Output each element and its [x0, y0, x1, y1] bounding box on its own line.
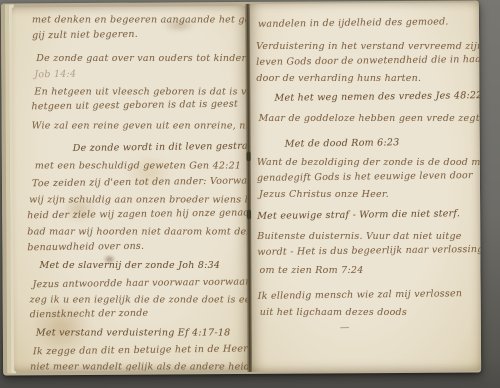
handwritten-line: Ik zegge dan dit en betuige het in de He…	[33, 344, 248, 357]
handwritten-line: wordt - Het is dus begeerlijk naar verlo…	[257, 245, 481, 258]
handwritten-line: gij zult niet begeren.	[32, 30, 138, 41]
handwritten-line: met denken en begeeren aangaande het geb…	[32, 15, 248, 25]
handwritten-line: uit het ligchaam dezes doods	[260, 308, 407, 318]
handwritten-heading: De zonde wordt in dit leven gestraft	[73, 142, 248, 154]
handwritten-heading: Met het weg nemen des vredes Jes 48:22	[274, 91, 481, 104]
handwritten-line: Jezus Christus onze Heer.	[259, 190, 389, 200]
handwritten-line: wij zijn schuldig aan onzen broeder wien…	[29, 195, 248, 205]
left-page: met denken en begeeren aangaande het geb…	[12, 6, 248, 371]
handwritten-line: dienstknecht der zonde	[30, 309, 149, 321]
handwritten-heading: Met de slavernij der zonde Joh 8:34	[39, 261, 220, 271]
handwritten-line: hetgeen uit geest geboren is dat is gees…	[31, 100, 238, 113]
handwritten-line: om te zien Rom 7:24	[260, 266, 364, 276]
handwritten-line: genadegift Gods is het eeuwige leven doo…	[257, 171, 473, 184]
handwritten-line: niet meer wandelt gelijk als de andere h…	[30, 362, 248, 371]
handwritten-heading: Met eeuwige straf - Worm die niet sterf.	[257, 209, 460, 222]
handwritten-line: Ik ellendig mensch wie zal mij verlossen	[258, 289, 463, 302]
handwritten-line: met een beschuldigd geweten Gen 42:21	[35, 161, 241, 171]
handwritten-line: Want de bezoldiging der zonde is de dood…	[257, 158, 481, 168]
handwritten-heading: Met verstand verduistering Ef 4:17-18	[36, 328, 231, 338]
right-page: wandelen in de ijdelheid des gemoed. Ver…	[250, 3, 481, 372]
handwritten-line: En hetgeen uit vleesch geboren is dat is…	[34, 87, 248, 97]
photo-backdrop: met denken en begeeren aangaande het geb…	[0, 0, 500, 388]
handwritten-line: bad maar wij hoorden niet daarom komt de…	[27, 227, 248, 237]
handwritten-line: zeg ik u een iegelijk die de zonde doet …	[30, 295, 248, 305]
handwritten-line: benauwdheid over ons.	[27, 242, 144, 254]
handwritten-heading: Met de dood Rom 6:23	[285, 138, 400, 150]
handwritten-line: Toe zeiden zij d'een tot den ander: Voor…	[32, 176, 248, 189]
handwritten-line: De zonde gaat over van ouders tot kinder…	[36, 54, 248, 64]
handwritten-line: Jezus antwoordde haar voorwaar voorwaar	[33, 277, 249, 290]
pen-dash: —	[340, 323, 350, 333]
handwritten-line: Maar de goddeloze hebben geen vrede zegt…	[259, 114, 482, 124]
handwritten-line: Verduistering in het verstand vervreemd …	[256, 42, 481, 52]
handwritten-line: leven Gods door de onwetendheid die in h…	[256, 55, 481, 68]
notebook: met denken en begeeren aangaande het geb…	[1, 1, 481, 376]
handwritten-line: Job 14:4	[34, 70, 76, 81]
handwritten-line: heid der ziele wij zagen toen hij onze g…	[27, 208, 248, 221]
handwritten-line: door de verharding huns harten.	[256, 74, 421, 84]
handwritten-line: Buitenste duisternis. Vuur dat niet uitg…	[257, 232, 461, 242]
handwritten-line: Wie zal een reine geven uit een onreine,…	[32, 121, 248, 131]
handwritten-line: wandelen in de ijdelheid des gemoed.	[258, 17, 449, 29]
